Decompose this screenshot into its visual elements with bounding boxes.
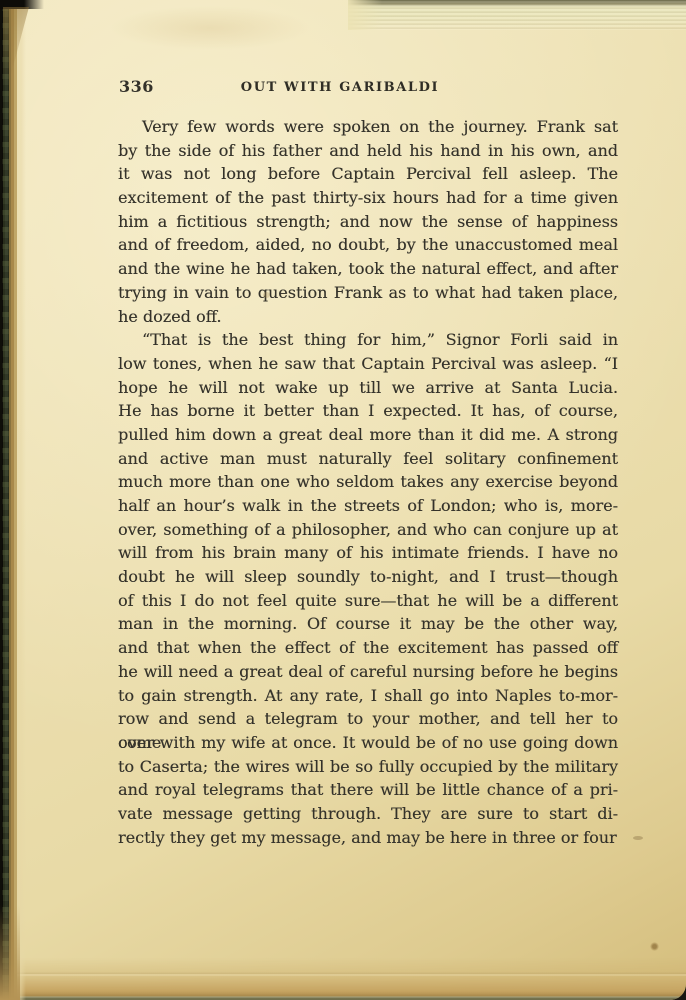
text-line: and royal telegrams that there will be l… <box>118 778 618 802</box>
text-line: half an hour’s walk in the streets of Lo… <box>118 494 618 518</box>
text-line: Very few words were spoken on the journe… <box>118 115 618 139</box>
text-line: and the wine he had taken, took the natu… <box>118 257 618 281</box>
text-line: he dozed off. <box>118 305 618 329</box>
page-header: 336 OUT WITH GARIBALDI <box>0 77 686 99</box>
spine-bottom-fade <box>0 905 20 1000</box>
page-text: Very few words were spoken on the journe… <box>118 115 618 849</box>
text-line: excitement of the past thirty-six hours … <box>118 186 618 210</box>
text-line: and of freedom, aided, no doubt, by the … <box>118 233 618 257</box>
text-line: will from his brain many of his intimate… <box>118 541 618 565</box>
paper-stain <box>110 6 310 50</box>
text-line: over, something of a philosopher, and wh… <box>118 518 618 542</box>
text-line: pulled him down a great deal more than i… <box>118 423 618 447</box>
text-line: low tones, when he saw that Captain Perc… <box>118 352 618 376</box>
paper-speck <box>263 292 270 298</box>
text-line: it was not long before Captain Percival … <box>118 162 618 186</box>
text-line: row and send a telegram to your mother, … <box>118 707 618 731</box>
text-line: and active man must naturally feel solit… <box>118 447 618 471</box>
page-edges-top <box>348 0 686 30</box>
text-line: rectly they get my message, and may be h… <box>118 826 618 850</box>
text-line: of this I do not feel quite sure—that he… <box>118 589 618 613</box>
paragraph: “That is the best thing for him,” Signor… <box>118 328 618 849</box>
page-number: 336 <box>119 77 154 96</box>
text-line: trying in vain to question Frank as to w… <box>118 281 618 305</box>
ink-smudge <box>633 836 643 840</box>
text-line: much more than one who seldom takes any … <box>118 470 618 494</box>
text-line: man in the morning. Of course it may be … <box>118 612 618 636</box>
text-line: to Caserta; the wires will be so fully o… <box>118 755 618 779</box>
text-line: and that when the effect of the exciteme… <box>118 636 618 660</box>
page-edges-bottom <box>0 958 686 1000</box>
text-line: to gain strength. At any rate, I shall g… <box>118 684 618 708</box>
page-surface: 336 OUT WITH GARIBALDI Very few words we… <box>0 0 686 1000</box>
spine-cloth-texture <box>2 0 9 1000</box>
text-line: by the side of his father and held his h… <box>118 139 618 163</box>
text-line: hope he will not wake up till we arrive … <box>118 376 618 400</box>
text-line: vate message getting through. They are s… <box>118 802 618 826</box>
paragraph: Very few words were spoken on the journe… <box>118 115 618 328</box>
text-line: him a fictitious strength; and now the s… <box>118 210 618 234</box>
book-spine <box>0 0 26 1000</box>
text-line: over with my wife at once. It would be o… <box>118 731 618 755</box>
text-line: doubt he will sleep soundly to-night, an… <box>118 565 618 589</box>
text-line: He has borne it better than I expected. … <box>118 399 618 423</box>
text-line: he will need a great deal of careful nur… <box>118 660 618 684</box>
text-line: “That is the best thing for him,” Signor… <box>118 328 618 352</box>
running-header: OUT WITH GARIBALDI <box>241 80 439 95</box>
book-photo-frame: 336 OUT WITH GARIBALDI Very few words we… <box>0 0 686 1000</box>
foxing-spot <box>650 942 659 951</box>
